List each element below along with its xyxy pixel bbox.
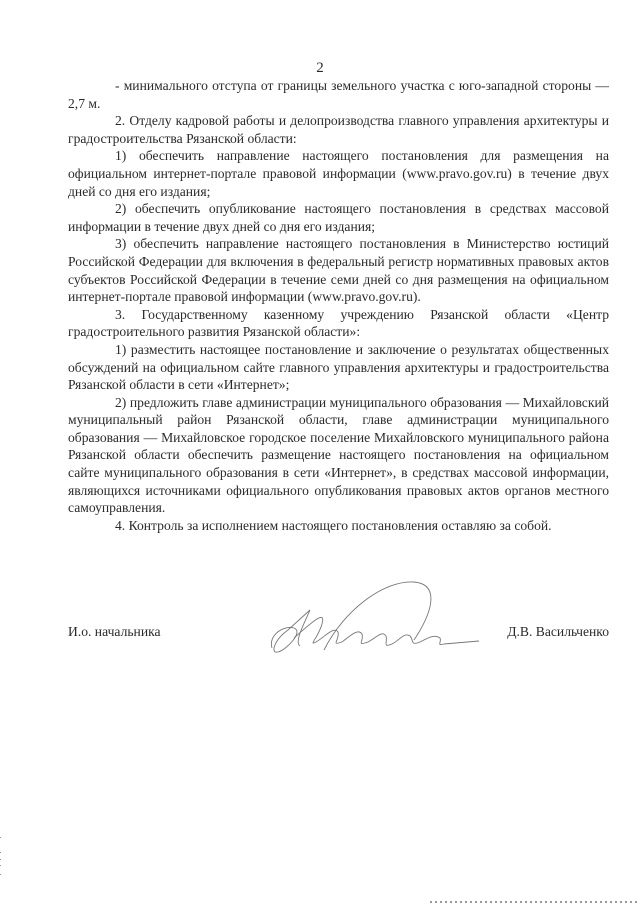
paragraph-item-2-3: 3) обеспечить направление настоящего пос…	[68, 235, 609, 305]
paragraph-item-2-1: 1) обеспечить направление настоящего пос…	[68, 147, 609, 200]
paragraph-item-2: 2. Отделу кадровой работы и делопроизвод…	[68, 112, 609, 147]
document-body: - минимального отступа от границы земель…	[68, 77, 609, 534]
paragraph-item-3-1: 1) разместить настоящее постановление и …	[68, 341, 609, 394]
paragraph-item-3-2: 2) предложить главе администрации муници…	[68, 394, 609, 517]
signature-block: И.о. начальника Д.В. Васильченко	[68, 620, 609, 660]
signatory-name: Д.В. Васильченко	[507, 624, 609, 640]
handwritten-signature-icon	[264, 580, 564, 660]
paragraph-item-2-2: 2) обеспечить опубликование настоящего п…	[68, 200, 609, 235]
scan-bottom-artifact	[430, 901, 640, 903]
signatory-position: И.о. начальника	[68, 624, 161, 640]
paragraph-item-3: 3. Государственному казенному учреждению…	[68, 306, 609, 341]
scan-edge-marks-icon	[0, 835, 2, 895]
paragraph-min-setback: - минимального отступа от границы земель…	[68, 77, 609, 112]
page-number: 2	[0, 60, 640, 77]
paragraph-item-4: 4. Контроль за исполнением настоящего по…	[68, 517, 609, 535]
